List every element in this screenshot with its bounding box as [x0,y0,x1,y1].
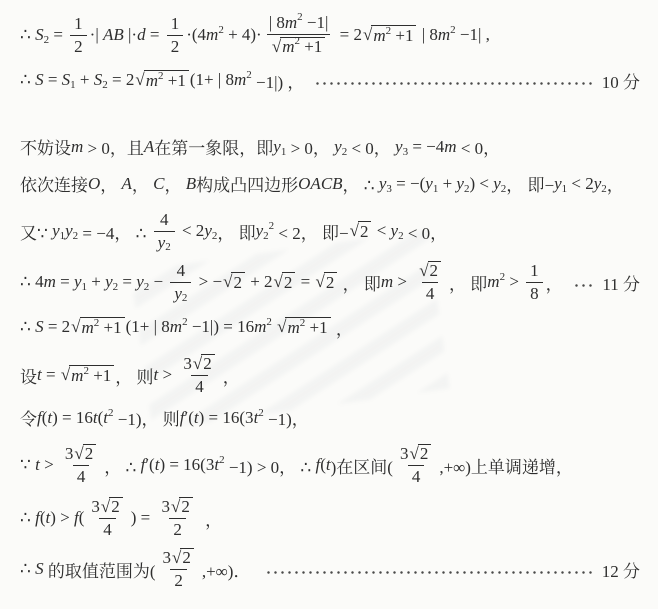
math-text: ∵ [20,455,35,475]
sqrt-radical: √2 [172,548,194,567]
line-s-sum: ∴ S = S1 + S2 = 2√m2 +1(1+ | 8m2 −1|) ，1… [20,66,640,94]
math-var: m [71,366,83,386]
math-text: +1 [89,366,111,386]
math-text: ， [332,315,353,340]
subscript: 2 [73,230,79,242]
math-text: ， [223,363,240,388]
math-var: S [62,70,71,90]
fraction-denominator: 2 [70,35,87,56]
line-def-f: 令f(t) = 16t(t2 −1)， 则f′(t) = 16(3t2 −1)， [20,405,640,430]
subscript: 3 [386,183,392,195]
math-var: m [487,272,499,292]
math-text: 2 [174,572,183,590]
math-text: ) = [131,508,155,528]
radicand: 2 [179,497,193,516]
superscript: 2 [246,69,252,81]
sqrt-radical: √2 [193,354,215,373]
radical-sign-icon: √ [101,498,110,516]
radicand: 2 [324,272,338,293]
math-var: m [285,14,297,32]
math-var: y [493,174,501,194]
math-text: +1 [99,318,121,338]
math-var: S [94,70,103,90]
math-var: m [282,38,294,56]
math-text: ) = 16 [52,408,93,428]
subscript: 2 [501,183,507,195]
math-text: ′( [185,408,194,428]
math-text: 3 [163,549,172,567]
fraction-numerator: 3√2 [87,497,127,518]
math-var: y [391,221,399,241]
math-text: 2 [203,355,212,373]
math-var: y [273,137,281,157]
math-text: 构成凸四边形 [196,171,298,196]
fraction: 18 [526,262,543,303]
radicand: m2 +1 [144,70,189,91]
math-text: 4 [426,285,435,303]
math-text: > 0，且 [83,134,144,159]
math-text: ， 即 [449,270,487,295]
math-text: −1)， [264,405,309,430]
fraction-numerator: 1 [167,15,184,35]
math-text: | 8 [417,25,437,45]
math-text: = [146,25,164,45]
math-text: 4 [160,211,169,229]
subscript: 1 [433,183,439,195]
math-text: 4 [103,521,112,539]
line-s2-area: ∴ S2 = 12·| AB |·d = 12·(4m2 + 4)·| 8m2 … [20,14,640,56]
fraction-denominator: 8 [526,282,543,303]
fraction: | 8m2 −1|√m2 +1 [265,14,333,56]
fraction: 3√22 [157,497,197,539]
superscript: 2 [182,316,188,328]
math-var: y [204,221,212,241]
math-text: = 2 [44,317,71,337]
math-text: 2 [111,498,120,516]
radical-sign-icon: √ [274,273,283,291]
math-text [272,317,276,337]
math-var: m [170,317,182,337]
math-text: 4 [77,468,86,486]
sqrt-radical: √2 [171,497,193,516]
math-text: ∴ 4 [20,272,44,292]
radical-sign-icon: √ [223,273,232,291]
math-text: )在区间( [331,453,393,478]
fraction-numerator: 1 [70,15,87,35]
subscript: 2 [464,183,470,195]
math-var: y [425,174,433,194]
fraction-denominator: √m2 +1 [267,34,330,56]
math-text: 2 [85,445,94,463]
math-text: ) > [50,508,74,528]
math-var: y [158,234,166,252]
math-text: = [118,272,136,292]
math-text: 3 [400,445,409,463]
math-text: (1+ | 8 [190,70,234,90]
math-var: m [254,317,266,337]
fraction-denominator: 2 [167,35,184,56]
radicand: 2 [109,497,123,516]
math-text: 1 [171,15,180,33]
radical-sign-icon: √ [409,445,418,463]
fraction: 4y2 [170,262,191,303]
fraction-denominator: 2 [169,518,186,539]
math-var: y [395,137,403,157]
math-text: ( [79,508,85,528]
math-text: +1 [391,26,413,46]
line-assume-m: 不妨设m > 0，且A在第一象限，即y1 > 0， y2 < 0， y3 = −… [20,134,640,159]
math-var: OACB [298,174,342,194]
math-var: y [594,174,602,194]
fraction-numerator: 4 [156,211,173,231]
math-text: ， 则 [115,363,153,388]
subscript: 2 [144,281,150,293]
math-text: ， [201,506,222,531]
superscript: 2 [219,454,225,466]
radicand: 2 [282,272,296,293]
subscript: 1 [562,183,568,195]
subscript: 2 [342,146,348,158]
fraction-numerator: 3√2 [396,444,436,465]
superscript: 2 [269,220,275,232]
radicand: 2 [180,548,194,567]
math-text: | 8 [269,14,285,32]
radicand: m2 +1 [371,25,416,46]
radicand: 2 [201,354,215,373]
math-solution-page: ∴ S2 = 12·| AB |·d = 12·(4m2 + 4)·| 8m2 … [0,0,658,609]
math-text: ) < [469,174,493,194]
math-var: y [74,272,82,292]
radicand: 2 [358,221,372,242]
radicand: 2 [231,272,245,293]
radical-sign-icon: √ [74,445,83,463]
radical-sign-icon: √ [272,38,281,56]
fraction-numerator: 3√2 [157,497,197,518]
radical-sign-icon: √ [193,355,202,373]
math-text: ·| [90,25,103,45]
math-text: < 2， 即− [274,219,348,244]
fraction-denominator: 4 [422,282,439,303]
line-y1y2: 又∵ y1y2 = −4， ∴ 4y2 < 2y2， 即y22 < 2， 即−√… [20,210,640,252]
solution-text-block: ∴ S2 = 12·| AB |·d = 12·(4m2 + 4)·| 8m2 … [20,14,640,590]
fraction-numerator: 3√2 [61,444,101,465]
math-var: m [287,318,299,338]
superscript: 2 [500,271,506,283]
math-text: −1| , [456,25,490,45]
math-var: y [554,174,562,194]
superscript: 2 [83,365,89,377]
radical-sign-icon: √ [172,549,181,567]
math-text: ， 即− [506,171,554,196]
math-text: 2 [74,38,83,56]
subscript: 2 [113,281,119,293]
math-text: > [393,272,411,292]
fraction-denominator: 4 [73,465,90,486]
radicand: m2 +1 [285,317,330,338]
math-text: ， ∴ [104,453,140,478]
sqrt-radical: √2 [274,272,296,293]
math-text: ， 即 [217,219,255,244]
math-text: 设 [20,363,37,388]
math-text: ′( [145,455,154,475]
math-text: ， 即 [338,270,381,295]
math-text: > [40,455,58,475]
math-text: 3 [91,498,100,516]
fraction: 3√24 [61,444,101,486]
math-text: 3 [65,445,74,463]
subscript: 1 [281,146,287,158]
math-text: 3 [161,498,170,516]
math-text: = [56,272,74,292]
superscript: 2 [294,36,300,48]
math-text: ) = 16(3 [159,455,214,475]
math-text: = 2 [108,70,135,90]
math-var: m [381,272,393,292]
fraction-denominator: y2 [170,282,191,303]
math-text: 又∵ [20,219,52,244]
math-text: |· [124,25,137,45]
fraction-numerator: 4 [173,262,190,282]
score-label: 11 分 [602,270,640,295]
radical-sign-icon: √ [71,318,80,336]
fraction: √24 [414,261,446,303]
math-text: 2 [284,273,293,293]
math-text: = 2 [335,25,362,45]
superscript: 2 [297,12,303,24]
fraction-numerator: 1 [526,262,543,282]
radical-sign-icon: √ [315,273,324,291]
math-text: + [438,174,456,194]
radicand: 2 [418,444,432,463]
math-text: 1 [74,15,83,33]
subscript: 1 [82,281,88,293]
subscript: 2 [165,242,171,254]
math-text: = −( [392,174,425,194]
math-text: < 0， [457,134,501,159]
math-var: O [88,174,100,194]
math-var: B [186,174,196,194]
math-text: = −4 [408,137,444,157]
fraction-numerator: 3√2 [159,548,199,569]
math-text: > [158,365,176,385]
math-text: 依次连接 [20,171,88,196]
fraction: 4y2 [154,211,175,252]
subscript: 2 [182,293,188,305]
radical-sign-icon: √ [135,71,144,89]
sqrt-radical: √m2 +1 [61,365,114,386]
math-text: ， ∴ [343,171,379,196]
math-text: = [296,272,314,292]
math-text: = [42,365,60,385]
sqrt-radical: √2 [409,444,431,463]
sqrt-radical: √m2 +1 [135,70,188,91]
math-text: + 2 [246,272,273,292]
subscript: 2 [44,34,50,46]
line-def-t: 设t = √m2 +1， 则t > 3√24， [20,354,640,396]
math-text: + [76,70,94,90]
fraction-denominator: 4 [191,375,208,396]
math-text: > 0， [286,134,334,159]
math-text: +1 [305,318,327,338]
math-var: y [174,285,182,303]
math-text: 2 [173,521,182,539]
math-text: < 2 [178,221,205,241]
math-text: ， [132,171,153,196]
subscript: 2 [398,230,404,242]
math-text: +1 [300,38,322,56]
math-var: S [35,70,44,90]
sqrt-radical: √2 [223,272,245,293]
superscript: 2 [300,317,306,329]
math-var: m [82,318,94,338]
math-text: < 0， [404,219,448,244]
radical-sign-icon: √ [419,262,428,280]
math-var: C [153,174,164,194]
math-text: −1| [303,14,329,32]
superscript: 2 [450,24,456,36]
math-text: −1|) = 16 [188,317,255,337]
dotted-leader [573,284,595,287]
subscript: 2 [212,230,218,242]
subscript: 2 [601,183,607,195]
math-text: 令 [20,405,37,430]
math-text: 2 [326,273,335,293]
dotted-leader [265,571,594,574]
fraction: 3√24 [87,497,127,539]
radical-sign-icon: √ [61,366,70,384]
sqrt-radical: √2 [101,497,123,516]
math-var: y [334,137,342,157]
sqrt-radical: √2 [74,444,96,463]
math-text: ∴ [20,508,35,528]
superscript: 2 [218,24,224,36]
math-var: AB [103,25,124,45]
fraction: 3√24 [179,354,219,396]
math-var: S [35,559,44,579]
math-var: y [105,272,113,292]
line-f-bound: ∴ f(t) > f(3√24) = 3√22 ， [20,497,640,539]
superscript: 2 [386,25,392,37]
math-var: y [52,221,60,241]
math-text: 2 [181,498,190,516]
sqrt-radical: √m2 +1 [272,37,325,56]
sqrt-radical: √m2 +1 [363,25,416,46]
math-var: y [456,174,464,194]
fraction-numerator: 3√2 [179,354,219,375]
sqrt-radical: √m2 +1 [71,317,124,338]
math-text: ， [607,171,624,196]
fraction-denominator: 2 [170,569,187,590]
superscript: 2 [158,70,164,82]
math-var: m [234,70,246,90]
math-text: 4 [412,468,421,486]
math-text: −1)， 则 [114,405,180,430]
math-text: −1) > 0， ∴ [225,453,316,478]
math-text: 3 [183,355,192,373]
math-text: ,+∞)． [202,557,255,582]
fraction-numerator: √2 [414,261,446,282]
math-text: 2 [171,38,180,56]
math-text: 4 [195,378,204,396]
math-text: < 0， [347,134,395,159]
fraction-denominator: y2 [154,231,175,252]
math-text: < 2 [567,174,594,194]
math-text: ， [546,270,563,295]
math-text: + 4)· [224,25,262,45]
math-var: m [206,25,218,45]
math-var: m [44,272,56,292]
superscript: 2 [266,316,272,328]
math-text: ∴ [20,559,35,579]
fraction-numerator: | 8m2 −1| [265,14,333,34]
radical-sign-icon: √ [277,318,286,336]
math-text: > [505,272,523,292]
radical-sign-icon: √ [363,26,372,44]
score-label: 12 分 [602,557,640,582]
math-text: ， [165,171,186,196]
fraction-denominator: 4 [99,518,116,539]
radical-sign-icon: √ [171,498,180,516]
math-text: 4 [177,262,186,280]
math-text: 在第一象限，即 [154,134,273,159]
math-text: < [372,221,390,241]
math-text: 2 [420,445,429,463]
math-var: m [438,25,450,45]
line-quadrilateral: 依次连接O， A， C， B构成凸四边形OACB， ∴ y3 = −(y1 + … [20,171,640,196]
math-text: −1|) ， [252,68,305,93]
math-var: y [379,174,387,194]
math-text: ∴ [20,317,35,337]
math-var: d [137,25,146,45]
fraction: 3√22 [159,548,199,590]
math-text: 2 [360,222,369,242]
subscript: 2 [102,79,108,91]
line-s-simplified: ∴ S = 2√m2 +1(1+ | 8m2 −1|) = 16m2 √m2 +… [20,312,640,342]
math-text: ∴ [20,25,35,45]
math-text: 2 [430,262,439,280]
sqrt-radical: √2 [350,221,372,242]
score-label: 10 分 [602,68,640,93]
math-text: 不妨设 [20,134,71,159]
radicand: 2 [428,261,442,280]
subscript: 3 [403,146,409,158]
math-var: m [373,26,385,46]
line-4m-bound: ∴ 4m = y1 + y2 = y2 − 4y2 > −√2 + 2√2 = … [20,261,640,303]
math-text: − [149,272,167,292]
fraction: 3√24 [396,444,436,486]
math-text: 2 [182,549,191,567]
superscript: 2 [258,407,264,419]
sqrt-radical: √m2 +1 [277,317,330,338]
radicand: m2 +1 [280,37,325,56]
math-text: ,+∞)上单调递增， [439,453,573,478]
line-monotonic: ∵ t > 3√24， ∴ f′(t) = 16(3t2 −1) > 0， ∴ … [20,444,640,486]
superscript: 2 [108,407,114,419]
subscript: 1 [60,230,66,242]
radicand: 2 [83,444,97,463]
radicand: m2 +1 [69,365,114,386]
radicand: m2 +1 [80,317,125,338]
math-text: = −4， ∴ [78,219,151,244]
fraction: 12 [167,15,184,56]
subscript: 1 [70,79,76,91]
math-text: 1 [530,262,539,280]
math-text: ·(4 [186,25,206,45]
sqrt-radical: √2 [419,261,441,280]
math-var: m [71,137,83,157]
math-text: + [87,272,105,292]
fraction-denominator: 4 [408,465,425,486]
